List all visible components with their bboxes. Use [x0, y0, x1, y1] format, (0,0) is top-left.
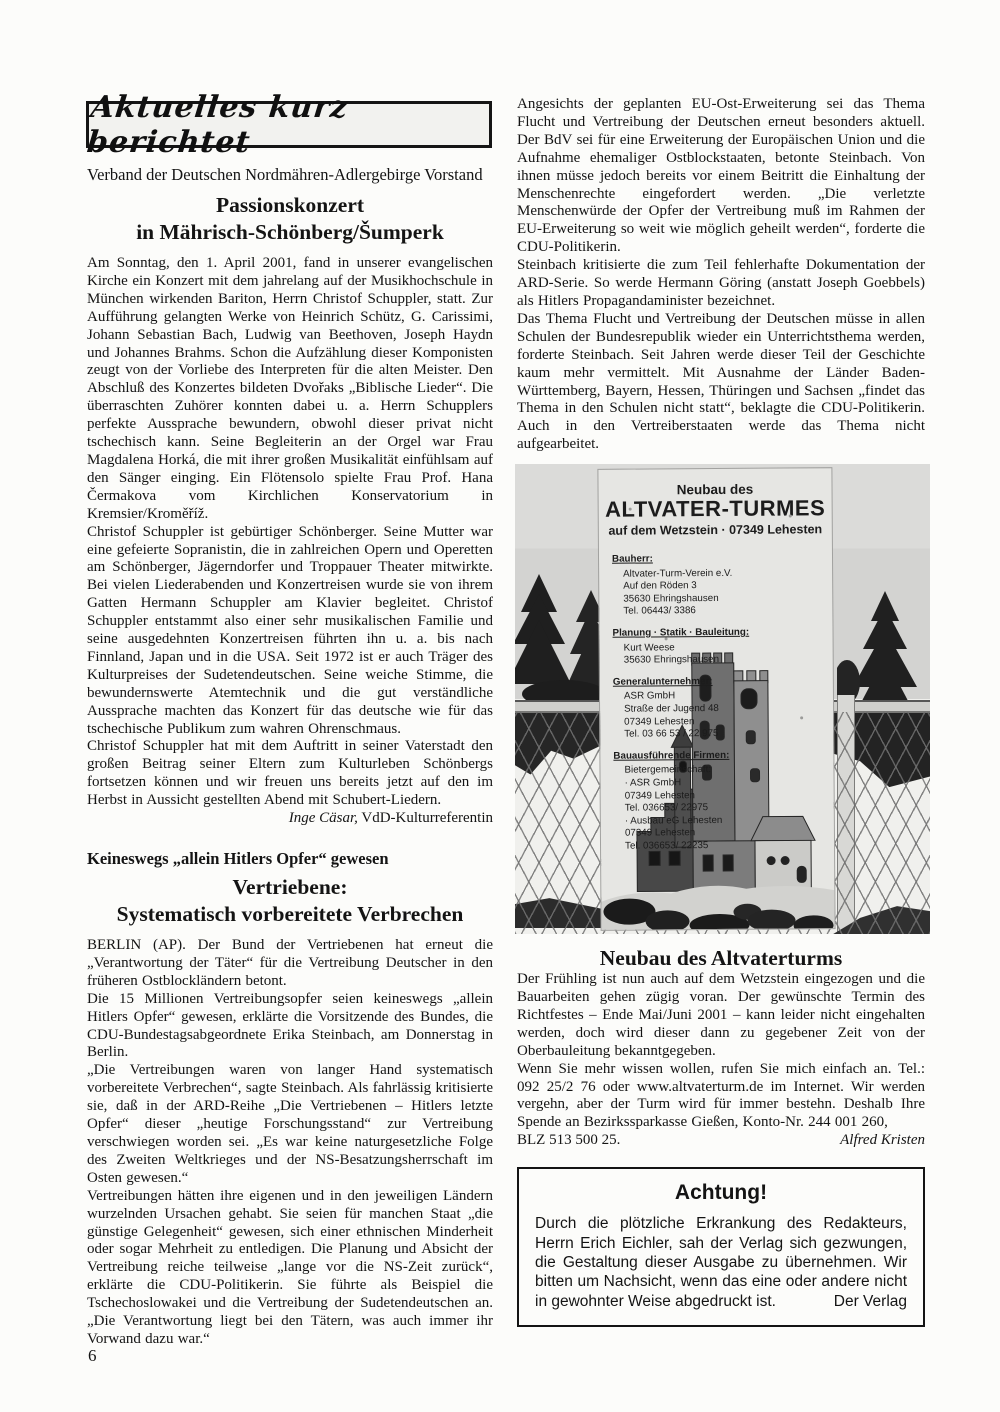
concert-signature-name: Inge Cäsar,	[289, 810, 358, 826]
sign-header-line2: ALTVATER-TURMES	[599, 496, 832, 522]
right-column: Angesichts der geplanten EU-Ost-Erweiter…	[517, 96, 925, 1327]
concert-paragraph: Am Sonntag, den 1. April 2001, fand in u…	[87, 255, 493, 524]
association-kicker: Verband der Deutschen Nordmähren-Adlerge…	[87, 165, 493, 185]
sign-block-heading: Bauausführende Firmen:	[613, 749, 833, 763]
page-number: 6	[88, 1346, 97, 1366]
tower-article-lastline: BLZ 513 500 25. Alfred Kristen	[517, 1132, 925, 1150]
sign-block-line: Tel. 03 66 53 / 22 975	[613, 727, 833, 741]
expellee-title-line2: Systematisch vorbereitete Verbrechen	[117, 902, 464, 926]
construction-sign-board: Neubau des ALTVATER-TURMES auf dem Wetzs…	[598, 468, 834, 930]
sign-block-line: Tel. 036653/ 22235	[614, 839, 834, 853]
tower-paragraph: Der Frühling ist nun auch auf dem Wetzst…	[517, 971, 925, 1061]
photo-caption: Neubau des Altvaterturms	[517, 946, 925, 971]
tower-paragraph: Wenn Sie mehr wissen wollen, rufen Sie m…	[517, 1061, 925, 1133]
expellee-article-title: Vertriebene: Systematisch vorbereitete V…	[87, 874, 493, 928]
expellee-paragraph: Die 15 Millionen Vertreibungsopfer seien…	[87, 991, 493, 1063]
concert-title-line2: in Mährisch-Schönberg/Šumperk	[136, 220, 444, 244]
concert-paragraph: Christof Schuppler hat mit dem Auftritt …	[87, 738, 493, 810]
sign-block-heading: Bauherr:	[612, 552, 832, 566]
concert-signature: Inge Cäsar, VdD-Kulturreferentin	[87, 810, 493, 828]
sign-block-heading: Planung · Statik · Bauleitung:	[612, 626, 832, 640]
sign-block-line: 35630 Ehringshausen	[613, 653, 833, 667]
publisher-notice-box: Achtung! Durch die plötzliche Erkrankung…	[517, 1167, 925, 1327]
concert-signature-role: VdD-Kulturreferentin	[358, 810, 493, 826]
notice-signature: Der Verlag	[834, 1292, 907, 1311]
section-masthead-title: Aktuelles kurz berichtet	[85, 90, 492, 160]
expellee-kicker: Keineswegs „allein Hitlers Opfer“ gewese…	[87, 849, 493, 869]
expellee-paragraph: Vertreibungen hätten ihre eigenen und in…	[87, 1188, 493, 1349]
concert-article-title: Passionskonzert in Mährisch-Schönberg/Šu…	[87, 192, 493, 246]
sign-info-blocks: Bauherr: Altvater-Turm-Verein e.V. Auf d…	[599, 552, 834, 853]
expellee-title-line1: Vertriebene:	[232, 875, 347, 899]
newsletter-page: Aktuelles kurz berichtet Verband der Deu…	[0, 0, 1000, 1412]
eu-paragraph: Angesichts der geplanten EU-Ost-Erweiter…	[517, 96, 925, 257]
sign-block-line: Tel. 06443/ 3386	[612, 605, 832, 619]
construction-sign-photo: Neubau des ALTVATER-TURMES auf dem Wetzs…	[515, 464, 930, 934]
expellee-paragraph: „Die Vertreibungen waren von langer Hand…	[87, 1062, 493, 1187]
bank-code-text: BLZ 513 500 25.	[517, 1132, 620, 1150]
tower-signature: Alfred Kristen	[840, 1132, 925, 1150]
notice-title: Achtung!	[535, 1181, 907, 1205]
concert-title-line1: Passionskonzert	[216, 193, 364, 217]
concert-paragraph: Christof Schuppler ist gebürtiger Schönb…	[87, 524, 493, 739]
section-masthead-box: Aktuelles kurz berichtet	[86, 101, 492, 148]
notice-body-paragraph: Durch die plötzliche Erkrankung des Reda…	[535, 1214, 907, 1311]
eu-paragraph: Steinbach kritisierte die zum Teil fehle…	[517, 257, 925, 311]
sign-block-heading: Generalunternehmer:	[613, 675, 833, 689]
sign-header-line3: auf dem Wetzstein · 07349 Lehesten	[599, 522, 832, 538]
left-column: Aktuelles kurz berichtet Verband der Deu…	[87, 101, 493, 1349]
expellee-paragraph: BERLIN (AP). Der Bund der Vertriebenen h…	[87, 937, 493, 991]
eu-paragraph: Das Thema Flucht und Vertreibung der Deu…	[517, 311, 925, 454]
